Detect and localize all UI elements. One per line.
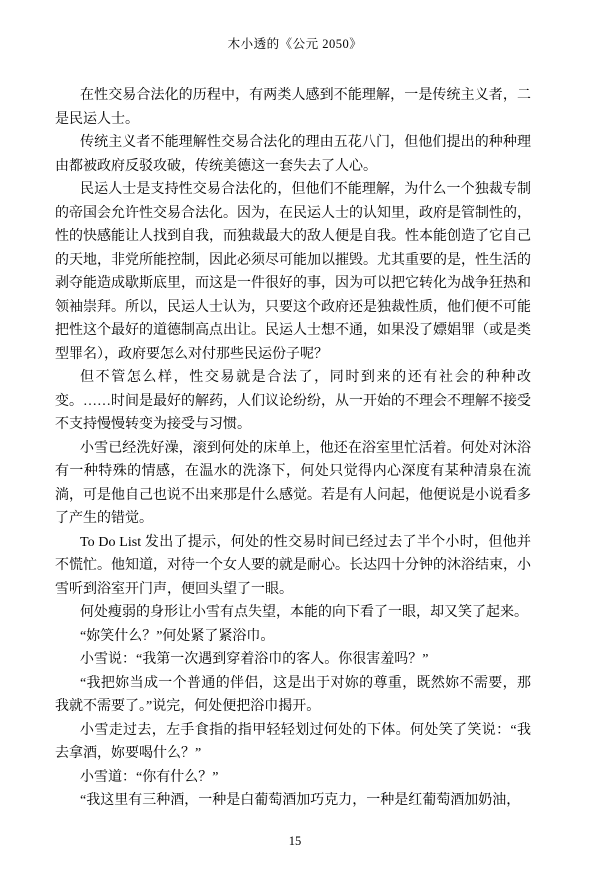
paragraph: To Do List 发出了提示，何处的性交易时间已经过去了半个小时，但他并不慌… <box>55 531 531 602</box>
paragraph: “我把妳当成一个普通的伴侣，这是出于对妳的尊重，既然妳不需要，那我就不需要了。”… <box>55 672 531 719</box>
running-header-title: 木小透的《公元 2050》 <box>0 37 590 51</box>
paragraph: 小雪说：“我第一次遇到穿着浴巾的客人。你很害羞吗？” <box>55 648 531 672</box>
page-number: 15 <box>0 834 590 849</box>
paragraph: 在性交易合法化的历程中，有两类人感到不能理解，一是传统主义者，二是民运人士。 <box>55 84 531 131</box>
paragraph: 传统主义者不能理解性交易合法化的理由五花八门，但他们提出的种种理由都被政府反驳攻… <box>55 131 531 178</box>
paragraph: 小雪走过去，左手食指的指甲轻轻划过何处的下体。何处笑了笑说：“我去拿酒，妳要喝什… <box>55 719 531 766</box>
paragraph: 何处瘦弱的身形让小雪有点失望，本能的向下看了一眼，却又笑了起来。 <box>55 601 531 625</box>
paragraph: 小雪已经洗好澡，滚到何处的床单上，他还在浴室里忙活着。何处对沐浴有一种特殊的情感… <box>55 437 531 531</box>
page-body: 在性交易合法化的历程中，有两类人感到不能理解，一是传统主义者，二是民运人士。 传… <box>55 84 531 813</box>
paragraph: 小雪道：“你有什么？” <box>55 766 531 790</box>
paragraph: 民运人士是支持性交易合法化的，但他们不能理解，为什么一个独裁专制的帝国会允许性交… <box>55 178 531 366</box>
document-page: 木小透的《公元 2050》 在性交易合法化的历程中，有两类人感到不能理解，一是传… <box>0 0 590 886</box>
paragraph: “我这里有三种酒，一种是白葡萄酒加巧克力，一种是红葡萄酒加奶油， <box>55 789 531 813</box>
paragraph: 但不管怎么样，性交易就是合法了，同时到来的还有社会的种种改变。……时间是最好的解… <box>55 366 531 437</box>
paragraph: “妳笑什么？”何处紧了紧浴巾。 <box>55 625 531 649</box>
